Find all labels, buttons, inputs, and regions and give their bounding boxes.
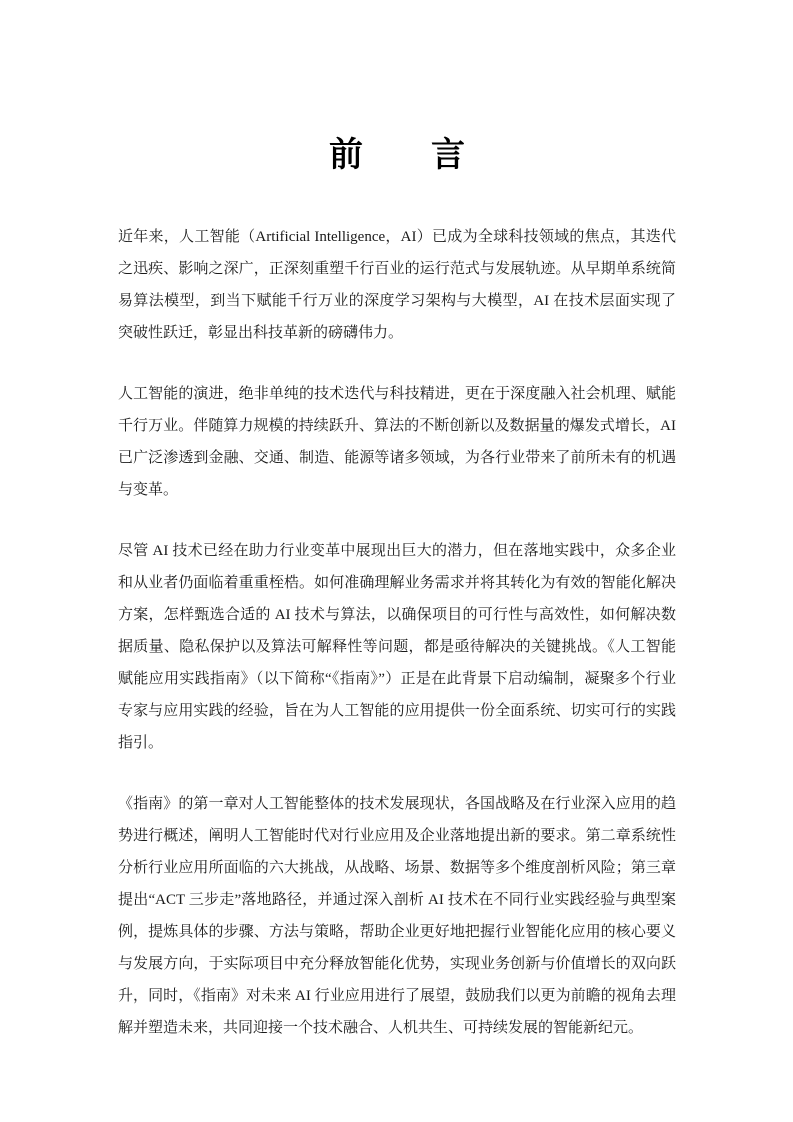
paragraph-2: 人工智能的演进，绝非单纯的技术迭代与科技精进，更在于深度融入社会机理、赋能千行万…	[118, 378, 676, 506]
paragraph-4: 《指南》的第一章对人工智能整体的技术发展现状，各国战略及在行业深入应用的趋势进行…	[118, 788, 676, 1044]
document-page: 前 言 近年来，人工智能（Artificial Intelligence，AI）…	[0, 0, 793, 1122]
paragraph-1: 近年来，人工智能（Artificial Intelligence，AI）已成为全…	[118, 221, 676, 349]
page-title: 前 言	[118, 135, 676, 175]
paragraph-3: 尽管 AI 技术已经在助力行业变革中展现出巨大的潜力，但在落地实践中，众多企业和…	[118, 535, 676, 759]
document-body: 近年来，人工智能（Artificial Intelligence，AI）已成为全…	[118, 221, 676, 1044]
